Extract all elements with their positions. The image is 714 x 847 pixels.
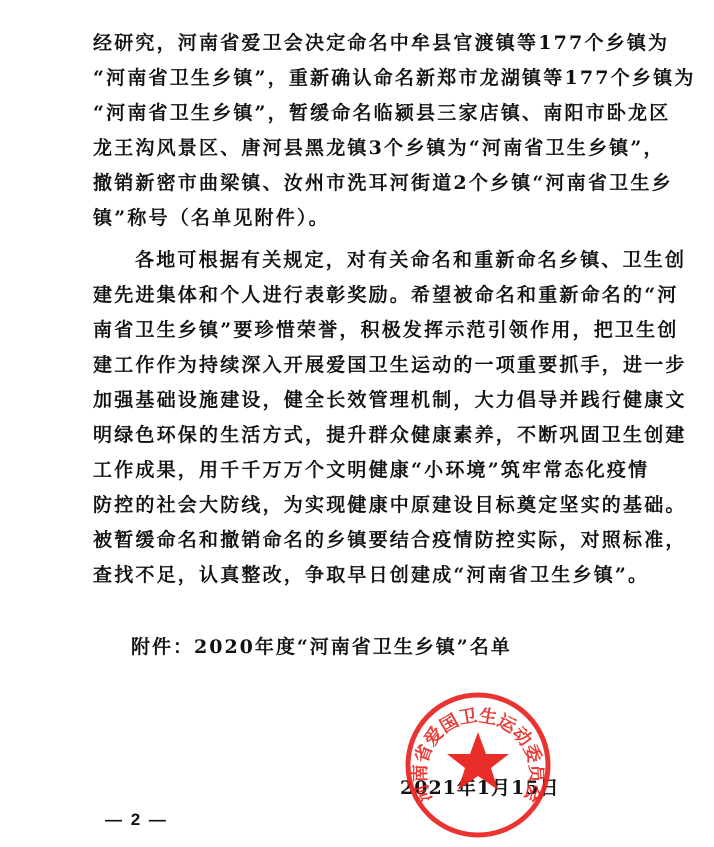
text-line: 被暂缓命名和撤销命名的乡镇要结合疫情防控实际，对照标准，	[93, 523, 621, 558]
text-line: 建工作作为持续深入开展爱国卫生运动的一项重要抓手，进一步	[93, 348, 621, 383]
text-line: 工作成果，用千千万万个文明健康“小环境”筑牢常态化疫情	[93, 453, 621, 488]
text-line: 查找不足，认真整改，争取早日创建成“河南省卫生乡镇”。	[93, 558, 621, 593]
text-line: “河南省卫生乡镇”，重新确认命名新郑市龙湖镇等177个乡镇为	[93, 61, 621, 96]
text-line: 龙王沟风景区、唐河县黑龙镇3个乡镇为“河南省卫生乡镇”，	[93, 131, 621, 166]
document-page: 经研究，河南省爱卫会决定命名中牟县官渡镇等177个乡镇为 “河南省卫生乡镇”，重…	[0, 0, 714, 847]
text-line: 加强基础设施建设，健全长效管理机制，大力倡导并践行健康文	[93, 383, 621, 418]
page-number: — 2 —	[105, 810, 168, 830]
official-seal-icon: 河南省爱国卫生运动委员会	[403, 690, 553, 840]
text-line: “河南省卫生乡镇”，暂缓命名临颍县三家店镇、南阳市卧龙区	[93, 96, 621, 131]
text-line: 各地可根据有关规定，对有关命名和重新命名乡镇、卫生创	[135, 243, 621, 278]
text-line: 防控的社会大防线，为实现健康中原建设目标奠定坚实的基础。	[93, 488, 621, 523]
text-line: 镇”称号（名单见附件）。	[93, 201, 621, 236]
text-line: 明绿色环保的生活方式，提升群众健康素养，不断巩固卫生创建	[93, 418, 621, 453]
text-line: 南省卫生乡镇”要珍惜荣誉，积极发挥示范引领作用，把卫生创	[93, 313, 621, 348]
attachment-note: 附件：2020年度“河南省卫生乡镇”名单	[131, 632, 512, 659]
text-line: 建先进集体和个人进行表彰奖励。希望被命名和重新命名的“河	[93, 278, 621, 313]
text-line: 经研究，河南省爱卫会决定命名中牟县官渡镇等177个乡镇为	[93, 26, 621, 61]
text-line: 撤销新密市曲梁镇、汝州市洗耳河街道2个乡镇“河南省卫生乡	[93, 166, 621, 201]
